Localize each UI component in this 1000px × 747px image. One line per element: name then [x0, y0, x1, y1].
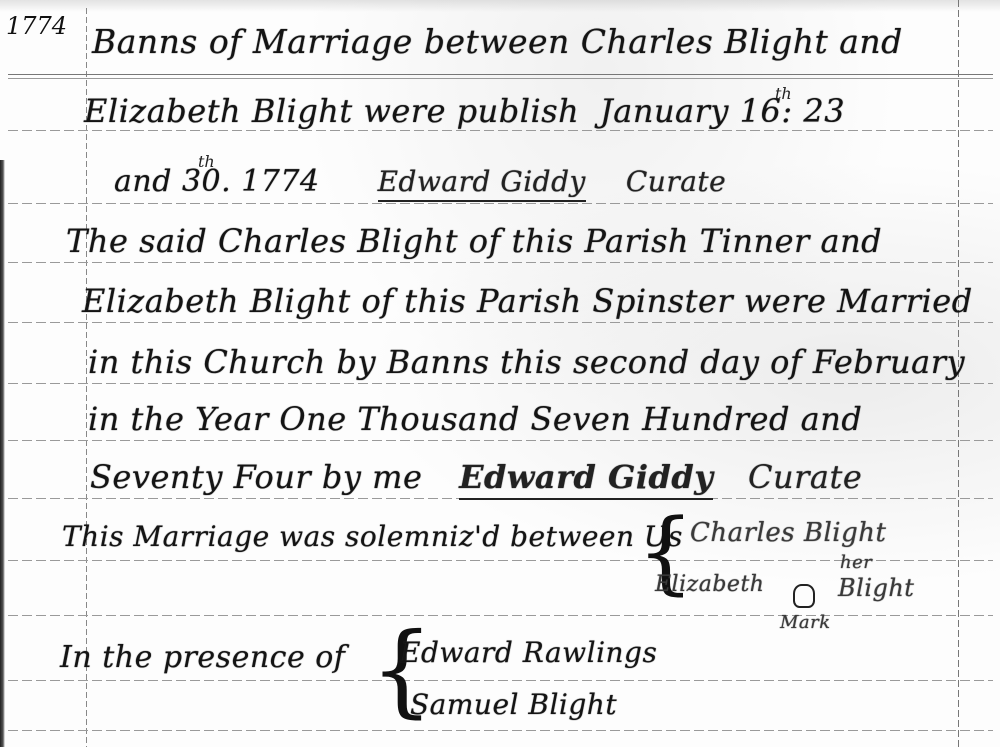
mark-label: Mark: [780, 612, 831, 633]
entry-line-7: in the Year One Thousand Seven Hundred a…: [88, 400, 862, 438]
entry-line-2: Elizabeth Blight were publish January 16…: [84, 92, 845, 130]
page-binding-edge: [0, 160, 5, 747]
bride-last-name: Blight: [838, 574, 914, 602]
ruled-line: [8, 130, 993, 131]
page-top-shadow: [0, 0, 1000, 12]
entry-line-1: Banns of Marriage between Charles Blight…: [92, 22, 903, 61]
curate-title-marriage: Curate: [748, 458, 862, 496]
banns-year: . 1774: [221, 164, 319, 199]
ruled-line: [8, 383, 993, 384]
entry-line-4: The said Charles Blight of this Parish T…: [66, 222, 882, 260]
witness-1-signature: Edward Rawlings: [400, 636, 657, 669]
groom-signature: Charles Blight: [690, 518, 886, 548]
banns-date-first: January 16: [600, 92, 781, 130]
ruled-line: [8, 203, 993, 204]
curate-signature-marriage: Edward Giddy: [459, 458, 713, 500]
entry-line-8: Seventy Four by me Edward Giddy Curate: [90, 458, 862, 496]
curate-signature-banns: Edward Giddy: [378, 165, 586, 202]
entry-line-6: in this Church by Banns this second day …: [88, 343, 965, 381]
banns-parties-text: Elizabeth Blight were publish: [84, 92, 579, 130]
entry-line-9: This Marriage was solemniz'd between Us: [62, 520, 683, 553]
ruled-line: [8, 74, 993, 79]
ruled-line: [8, 262, 993, 263]
curate-title-banns: Curate: [626, 165, 726, 198]
in-presence-of-text: In the presence of: [60, 640, 345, 675]
register-page: 1774 Banns of Marriage between Charles B…: [0, 0, 1000, 747]
ordinal-suffix: th: [198, 152, 215, 171]
seventy-four-by-me-text: Seventy Four by me: [90, 458, 422, 496]
bride-first-name: Elizabeth: [655, 572, 764, 597]
ruled-line: [8, 730, 993, 731]
ruled-line: [8, 440, 993, 441]
witness-2-signature: Samuel Blight: [410, 688, 617, 721]
mark-her-label: her: [840, 552, 872, 573]
ordinal-suffix: th: [775, 84, 792, 103]
ruled-line: [8, 615, 993, 616]
margin-year: 1774: [6, 12, 67, 40]
ruled-line: [8, 680, 993, 681]
ruled-line: [8, 322, 993, 323]
bride-mark-cross: [793, 584, 815, 608]
entry-line-5: Elizabeth Blight of this Parish Spinster…: [82, 282, 973, 320]
